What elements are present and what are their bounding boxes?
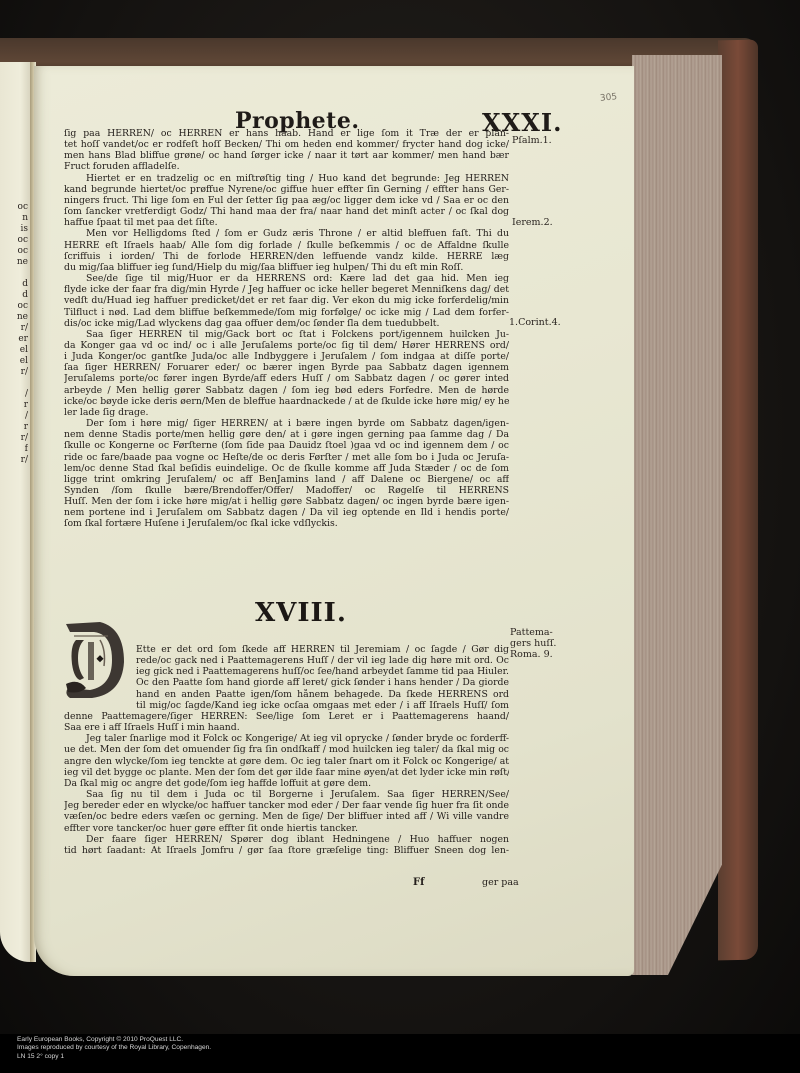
- margin-note: Ierem.2.: [512, 217, 553, 228]
- text-line: kand begrunde hiertet/oc prøffue Nyrene/…: [64, 184, 509, 195]
- text-line: hand en anden Paatte igen/ſom hånem beha…: [64, 689, 509, 700]
- text-line: icke/oc bøyde icke deris øern/Men de ble…: [64, 396, 509, 407]
- text-line: Jeg bereder eder en wlycke/oc haffuer ta…: [64, 800, 509, 811]
- text-line: ue det. Men der ſom det omuender ſig fra…: [64, 744, 509, 755]
- text-line: Saa ere i aff Iſraels Huſſ i min haand.: [64, 722, 509, 733]
- text-line: Saa ſig nu til dem i Juda oc til Borgern…: [64, 789, 509, 800]
- pencil-folio-number: 305: [600, 92, 618, 104]
- body-text-lower: Ette er det ord ſom ſkede aff HERREN til…: [64, 644, 509, 856]
- text-line: arbeyde / Men hellig gører Sabbatz dagen…: [64, 385, 509, 396]
- text-line: Fruct foruden affladelſe.: [64, 161, 509, 172]
- left-page-text-fragments: oc n is oc oc ne d d oc ne r/ er el el r…: [2, 202, 28, 662]
- page-fore-edge: [632, 55, 722, 975]
- text-line: denne Paattemagere/ſiger HERREN: See/lig…: [64, 711, 509, 722]
- text-line: tet hoſſ vandet/oc er rodfeſt hoſſ Becke…: [64, 139, 509, 150]
- text-line: til mig/oc ſagde/Kand ieg icke ocſaa omg…: [64, 700, 509, 711]
- text-line: Synden /ſom ſkulle bære/Brendoffer/Offer…: [64, 485, 509, 496]
- text-line: Jeg taler ſnarlige mod it Folck oc Konge…: [64, 733, 509, 744]
- copyright-footer: Early European Books, Copyright © 2010 P…: [0, 1034, 800, 1073]
- text-line: Huſſ. Men der ſom i icke høre mig/at i h…: [64, 496, 509, 507]
- text-line: da Konger gaa vd oc ind/ oc i alle Jeruſ…: [64, 340, 509, 351]
- text-line: HERRE eſt Iſraels haab/ Alle ſom dig for…: [64, 240, 509, 251]
- body-text-upper: ſig paa HERREN/ oc HERREN er hans haab. …: [64, 128, 509, 530]
- text-line: Ette er det ord ſom ſkede aff HERREN til…: [64, 644, 509, 655]
- text-line: lem/oc denne Stad ſkal beſidis euindelig…: [64, 463, 509, 474]
- text-line: men hans Blad bliffue grøne/ oc hand ſør…: [64, 150, 509, 161]
- margin-note: Pſalm.1.: [512, 135, 552, 146]
- text-line: ſom ſancker vretferdigt Godz/ Thi hand m…: [64, 206, 509, 217]
- text-line: Tilfluct i nød. Lad dem bliffue beſkemme…: [64, 307, 509, 318]
- text-line: ſom ſkal fortære Huſene i Jeruſalem/oc ſ…: [64, 518, 509, 529]
- text-line: vedſt du/Huad ieg haffuer predicket/det …: [64, 295, 509, 306]
- text-line: See/de ſige til mig/Huor er da HERRENS o…: [64, 273, 509, 284]
- text-line: ſig paa HERREN/ oc HERREN er hans haab. …: [64, 128, 509, 139]
- text-line: i Juda Konger/oc gantſke Juda/oc alle In…: [64, 351, 509, 362]
- margin-note: Pattema-: [510, 627, 553, 638]
- text-line: Jeruſalems porte/oc fører ingen Byrde/af…: [64, 373, 509, 384]
- text-line: ſcriffuis i iorden/ Thi de forlode HERRE…: [64, 251, 509, 262]
- text-line: ride oc fare/baade paa vogne oc Heſte/de…: [64, 452, 509, 463]
- margin-note: 1.Corint.4.: [509, 317, 561, 328]
- text-line: væſen/oc bedre eders væſen oc gerning. M…: [64, 811, 509, 822]
- text-line: ligge trint omkring Jeruſalem/ oc aff Be…: [64, 474, 509, 485]
- footer-copyright: Early European Books, Copyright © 2010 P…: [0, 1034, 800, 1044]
- text-line: Der ſom i høre mig/ ſiger HERREN/ at i b…: [64, 418, 509, 429]
- book-cover-right-edge: [718, 40, 758, 961]
- margin-note: Roma. 9.: [510, 649, 553, 660]
- text-line: nem denne Stadis porte/men hellig gøre d…: [64, 429, 509, 440]
- footer-courtesy: Images reproduced by courtesy of the Roy…: [0, 1044, 800, 1052]
- margin-note: gers huſſ.: [510, 638, 556, 649]
- text-line: Da ſkal mig oc angre det gode/ſom ieg ha…: [64, 778, 509, 789]
- text-line: Oc den Paatte ſom hand giorde aff leret/…: [64, 677, 509, 688]
- text-line: ieg gick ned i Paattemagerens huſſ/oc ſe…: [64, 666, 509, 677]
- text-line: angre den wlycke/ſom ieg tenckte at gøre…: [64, 756, 509, 767]
- text-line: ningers fruct. Thi lige ſom en Ful der ſ…: [64, 195, 509, 206]
- text-line: Hiertet er en tradzelig oc en miſtrøſtig…: [64, 173, 509, 184]
- signature-mark: Ff: [413, 877, 424, 888]
- text-line: rede/oc gack ned i Paattemagerens Huſſ /…: [64, 655, 509, 666]
- text-line: effter vore tancker/oc huer gøre effter …: [64, 823, 509, 834]
- text-line: ſaa ſiger HERREN/ Foruarer eder/ oc bære…: [64, 362, 509, 373]
- chapter-heading: XVIII.: [255, 598, 347, 628]
- text-line: tid hørt ſaadant: At Iſraels Jomfru / gø…: [64, 845, 509, 856]
- text-line: ler lade ſig drage.: [64, 407, 509, 418]
- text-line: Men vor Helligdoms ſted / ſom er Gudz ær…: [64, 228, 509, 239]
- text-line: Der faare ſiger HERREN/ Spører dog iblan…: [64, 834, 509, 845]
- text-line: nem portene ind i Jeruſalem om Sabbatz d…: [64, 507, 509, 518]
- text-line: flyde icke der faar fra dig/min Hyrde / …: [64, 284, 509, 295]
- text-line: du mig/ſaa bliffuer ieg ſund/Hielp du mi…: [64, 262, 509, 273]
- text-line: dis/oc icke mig/Lad wlyckens dag gaa off…: [64, 318, 509, 329]
- left-page-edge: oc n is oc oc ne d d oc ne r/ er el el r…: [0, 62, 34, 962]
- footer-shelfmark: LN 15 2° copy 1: [0, 1053, 800, 1061]
- text-line: Saa ſiger HERREN til mig/Gack bort oc ſt…: [64, 329, 509, 340]
- text-line: ieg vil det bygge oc plante. Men der ſom…: [64, 767, 509, 778]
- text-line: ſkulle oc Kongerne oc Førſterne (ſom ſid…: [64, 440, 509, 451]
- catchword: ger paa: [482, 877, 519, 888]
- text-line: haffue ſpaat til met paa det ſiſte.: [64, 217, 509, 228]
